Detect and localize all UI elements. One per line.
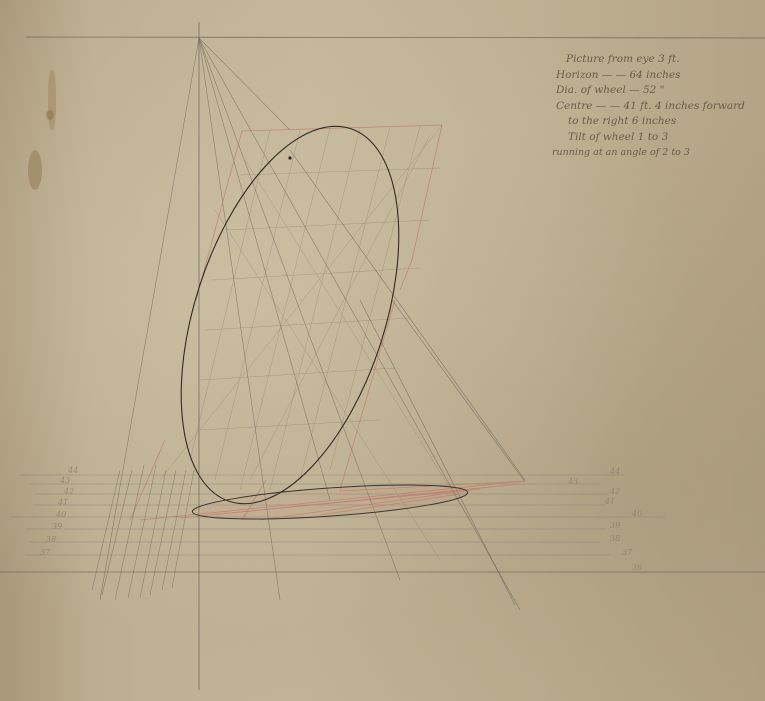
ground-ellipse (191, 478, 468, 525)
wheel-ellipse (139, 99, 441, 531)
scale-label: 43 (60, 476, 70, 485)
note-picture-from-eye: Picture from eye 3 ft. (556, 52, 765, 68)
scale-label: 39 (610, 521, 620, 530)
scale-label: 43 (568, 477, 578, 486)
scale-label: 37 (40, 548, 50, 557)
drawing-sheet: 44 43 42 41 40 39 38 37 44 43 42 41 40 3… (0, 0, 765, 701)
scale-label: 42 (610, 487, 620, 496)
scale-label: 40 (632, 509, 642, 518)
scale-label: 40 (56, 510, 66, 519)
scale-label: 41 (605, 497, 615, 506)
note-tilt: Tilt of wheel 1 to 3 (556, 130, 765, 146)
scale-label: 37 (622, 548, 632, 557)
scale-label: 36 (632, 563, 642, 572)
scale-label: 44 (610, 467, 620, 476)
handwritten-notes: Picture from eye 3 ft. Horizon — — 64 in… (556, 52, 765, 161)
note-centre: Centre — — 41 ft. 4 inches forward (556, 99, 765, 115)
scale-label: 38 (610, 534, 620, 543)
scale-label: 38 (46, 535, 56, 544)
scale-label: 44 (68, 466, 78, 475)
note-horizon: Horizon — — 64 inches (556, 68, 765, 84)
note-wheel-diameter: Dia. of wheel — 52 " (556, 83, 765, 99)
scale-label: 39 (52, 522, 62, 531)
note-to-the-right: to the right 6 inches (556, 114, 765, 130)
note-angle: running at an angle of 2 to 3 (552, 145, 765, 161)
scale-label: 42 (64, 487, 74, 496)
scale-label: 41 (58, 498, 68, 507)
